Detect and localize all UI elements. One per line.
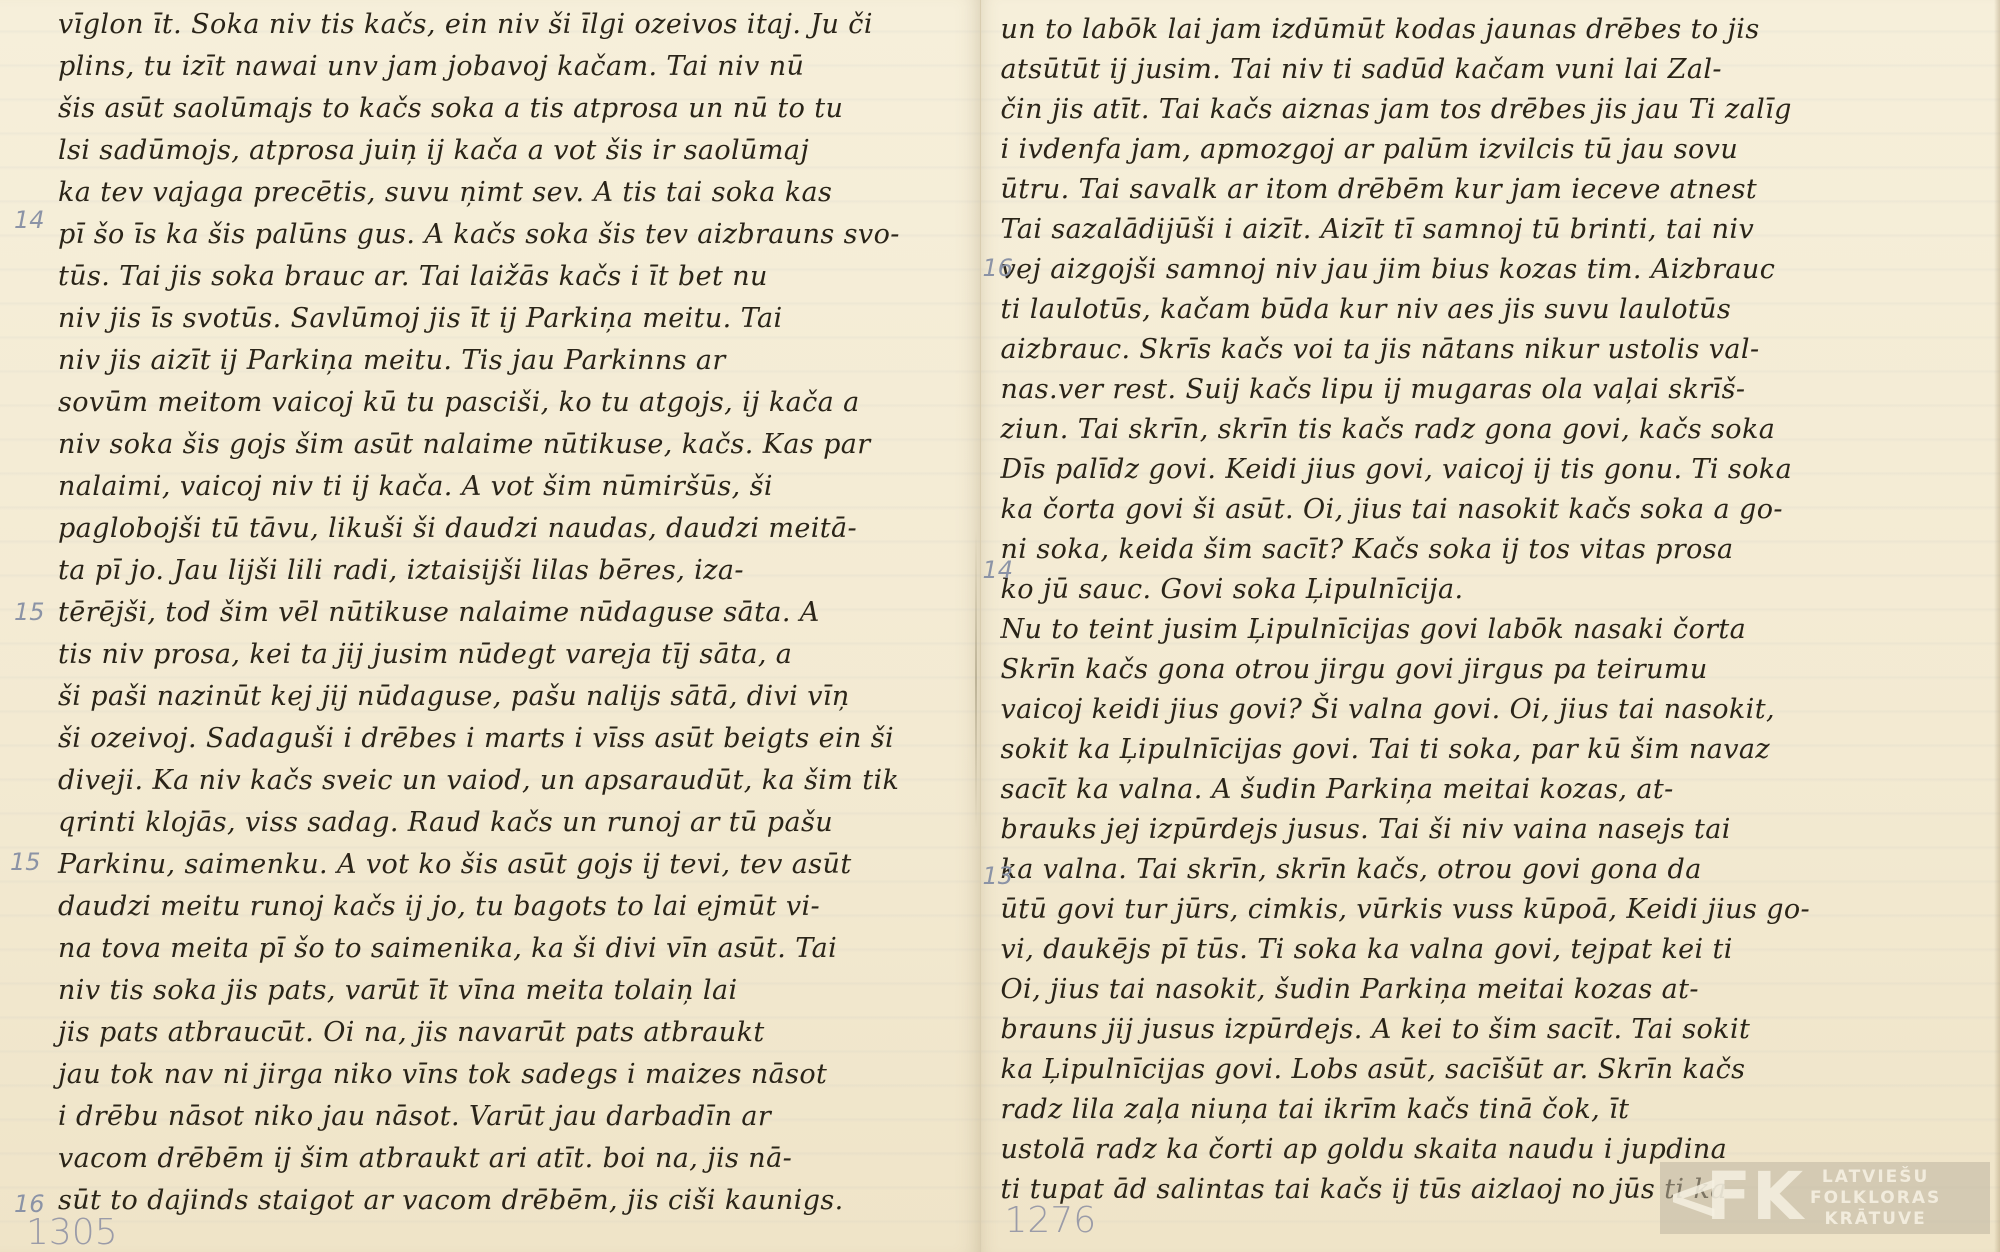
- manuscript-line: sacīt ka valna. A šudin Parkiņa meitai k…: [981, 770, 2000, 810]
- manuscript-line: radz lila zaļa niuņa tai ikrīm kačs tinā…: [981, 1090, 2000, 1130]
- manuscript-line: Parkinu, saimenku. A vot ko šis asūt goj…: [0, 844, 980, 886]
- manuscript-line: tērējši, tod šim vēl nūtikuse nalaime nū…: [0, 592, 980, 634]
- manuscript-line: ka valna. Tai skrīn, skrīn kačs, otrou g…: [981, 850, 2000, 890]
- manuscript-line: ka Ļipulnīcijas govi. Lobs asūt, sacīšūt…: [981, 1050, 2000, 1090]
- manuscript-line: ši paši nazinūt kej jij nūdaguse, pašu n…: [0, 676, 980, 718]
- watermark-line: KRĀTUVE: [1810, 1209, 1941, 1230]
- manuscript-line: aizbrauc. Skrīs kačs voi ta jis nātans n…: [981, 330, 2000, 370]
- watermark-line: LATVIEŠU: [1810, 1167, 1941, 1188]
- page-number: 1276: [1005, 1200, 1097, 1241]
- watermark-line: FOLKLORAS: [1810, 1188, 1941, 1209]
- margin-number: 14: [983, 556, 1014, 584]
- manuscript-line: vi, daukējs pī tūs. Ti soka ka valna gov…: [981, 930, 2000, 970]
- manuscript-line: ni soka, keida šim sacīt? Kačs soka ij t…: [981, 530, 2000, 570]
- archive-watermark: < F K LATVIEŠU FOLKLORAS KRĀTUVE: [1660, 1162, 1990, 1234]
- manuscript-line: ūtū govi tur jūrs, cimkis, vūrkis vuss k…: [981, 890, 2000, 930]
- manuscript-line: vaicoj keidi jius govi? Ši valna govi. O…: [981, 690, 2000, 730]
- margin-number: 15: [10, 848, 41, 876]
- manuscript-line: atsūtūt ij jusim. Tai niv ti sadūd kačam…: [981, 50, 2000, 90]
- manuscript-line: lsi sadūmojs, atprosa juiņ ij kača a vot…: [0, 130, 980, 172]
- left-page: vīglon īt. Soka niv tis kačs, ein niv ši…: [0, 0, 981, 1252]
- manuscript-line: daudzi meitu runoj kačs ij jo, tu bagots…: [0, 886, 980, 928]
- manuscript-line: diveji. Ka niv kačs sveic un vaiod, un a…: [0, 760, 980, 802]
- manuscript-line: vacom drēbēm ij šim atbraukt ari atīt. b…: [0, 1138, 980, 1180]
- manuscript-line: paglobojši tū tāvu, likuši ši daudzi nau…: [0, 508, 980, 550]
- manuscript-line: čin jis atīt. Tai kačs aiznas jam tos dr…: [981, 90, 2000, 130]
- manuscript-line: tūs. Tai jis soka brauc ar. Tai laižās k…: [0, 256, 980, 298]
- manuscript-line: qrinti klojās, viss sadag. Raud kačs un …: [0, 802, 980, 844]
- manuscript-line: nalaimi, vaicoj niv ti ij kača. A vot ši…: [0, 466, 980, 508]
- manuscript-line: sokit ka Ļipulnīcijas govi. Tai ti soka,…: [981, 730, 2000, 770]
- manuscript-line: ūtru. Tai savalk ar itom drēbēm kur jam …: [981, 170, 2000, 210]
- manuscript-spread: vīglon īt. Soka niv tis kačs, ein niv ši…: [0, 0, 2000, 1252]
- manuscript-line: plins, tu izīt nawai unv jam jobavoj kač…: [0, 46, 980, 88]
- left-page-text: vīglon īt. Soka niv tis kačs, ein niv ši…: [0, 4, 980, 1222]
- manuscript-line: Skrīn kačs gona otrou jirgu govi jirgus …: [981, 650, 2000, 690]
- manuscript-line: Oi, jius tai nasokit, šudin Parkiņa meit…: [981, 970, 2000, 1010]
- margin-number: 16: [983, 254, 1014, 282]
- margin-number: 15: [14, 598, 45, 626]
- watermark-text: LATVIEŠU FOLKLORAS KRĀTUVE: [1810, 1167, 1941, 1230]
- manuscript-line: ko jū sauc. Govi soka Ļipulnīcija.: [981, 570, 2000, 610]
- manuscript-line: Tai sazalādijūši i aizīt. Aizīt tī samno…: [981, 210, 2000, 250]
- manuscript-line: niv soka šis gojs šim asūt nalaime nūtik…: [0, 424, 980, 466]
- manuscript-line: niv jis aizīt ij Parkiņa meitu. Tis jau …: [0, 340, 980, 382]
- manuscript-line: Nu to teint jusim Ļipulnīcijas govi labō…: [981, 610, 2000, 650]
- manuscript-line: i ivdenfa jam, apmozgoj ar palūm izvilci…: [981, 130, 2000, 170]
- manuscript-line: ka tev vajaga precētis, suvu ņimt sev. A…: [0, 172, 980, 214]
- right-page-text: un to labōk lai jam izdūmūt kodas jaunas…: [981, 10, 2000, 1210]
- manuscript-line: sovūm meitom vaicoj kū tu pasciši, ko tu…: [0, 382, 980, 424]
- manuscript-line: vīglon īt. Soka niv tis kačs, ein niv ši…: [0, 4, 980, 46]
- manuscript-line: šis asūt saolūmajs to kačs soka a tis at…: [0, 88, 980, 130]
- manuscript-line: sūt to dajinds staigot ar vacom drēbēm, …: [0, 1180, 980, 1222]
- manuscript-line: ti laulotūs, kačam būda kur niv aes jis …: [981, 290, 2000, 330]
- manuscript-line: brauns jij jusus izpūrdejs. A kei to šim…: [981, 1010, 2000, 1050]
- page-number: 1305: [26, 1212, 118, 1252]
- manuscript-line: jau tok nav ni jirga niko vīns tok sadeg…: [0, 1054, 980, 1096]
- manuscript-line: vej aizgojši samnoj niv jau jim bius koz…: [981, 250, 2000, 290]
- right-page: un to labōk lai jam izdūmūt kodas jaunas…: [981, 0, 2000, 1252]
- manuscript-line: brauks jej izpūrdejs jusus. Tai ši niv v…: [981, 810, 2000, 850]
- manuscript-line: un to labōk lai jam izdūmūt kodas jaunas…: [981, 10, 2000, 50]
- margin-number: 13: [983, 862, 1014, 890]
- manuscript-line: ta pī jo. Jau lijši lili radi, iztaisijš…: [0, 550, 980, 592]
- manuscript-line: ši ozeivoj. Sadaguši i drēbes i marts i …: [0, 718, 980, 760]
- paper-crease: [975, 530, 977, 830]
- manuscript-line: niv tis soka jis pats, varūt īt vīna mei…: [0, 970, 980, 1012]
- manuscript-line: na tova meita pī šo to saimenika, ka ši …: [0, 928, 980, 970]
- manuscript-line: ka čorta govi ši asūt. Oi, jius tai naso…: [981, 490, 2000, 530]
- manuscript-line: i drēbu nāsot niko jau nāsot. Varūt jau …: [0, 1096, 980, 1138]
- manuscript-line: jis pats atbraucūt. Oi na, jis navarūt p…: [0, 1012, 980, 1054]
- lfk-logo-icon: < F K: [1660, 1162, 1810, 1234]
- manuscript-line: Dīs palīdz govi. Keidi jius govi, vaicoj…: [981, 450, 2000, 490]
- manuscript-line: pī šo īs ka šis palūns gus. A kačs soka …: [0, 214, 980, 256]
- manuscript-line: nas.ver rest. Suij kačs lipu ij mugaras …: [981, 370, 2000, 410]
- manuscript-line: niv jis īs svotūs. Savlūmoj jis īt ij Pa…: [0, 298, 980, 340]
- manuscript-line: tis niv prosa, kei ta jij jusim nūdegt v…: [0, 634, 980, 676]
- margin-number: 14: [14, 206, 45, 234]
- manuscript-line: ziun. Tai skrīn, skrīn tis kačs radz gon…: [981, 410, 2000, 450]
